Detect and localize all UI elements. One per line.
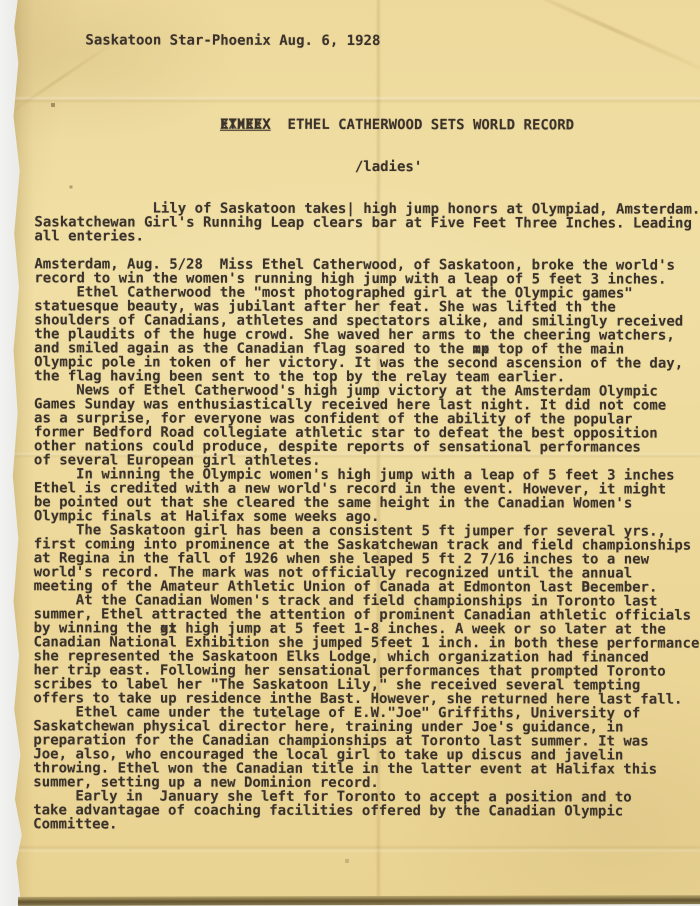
body-segment-1: Lily of Saskatoon takes| high jump honor… — [34, 200, 700, 357]
overstrike-2-overlay: B — [582, 580, 590, 594]
masthead-text: Saskatoon Star-Phoenix Aug. 6, 1928 — [35, 32, 381, 49]
masthead: Saskatoon Star-Phoenix Aug. 6, 1928 — [35, 33, 700, 48]
overstrike-3-overlay: xx — [160, 622, 177, 636]
headline-title: ETHEL CATHERWOOD SETS WORLD RECORD — [288, 117, 575, 134]
overstrike-december: DB — [582, 580, 590, 594]
paper-left-edge-shadow — [8, 0, 34, 898]
overstrike-high-jump: gtxx — [160, 622, 177, 636]
headline-indent — [35, 116, 220, 132]
article-body: Lily of Saskatoon takes| high jump honor… — [33, 201, 700, 832]
blank-line — [35, 75, 700, 90]
typed-text-block: Saskatoon Star-Phoenix Aug. 6, 1928 ETHE… — [33, 5, 700, 860]
insertion-note: /ladies' — [35, 158, 423, 175]
paper-bottom-edge — [18, 895, 700, 906]
typewritten-page: Saskatoon Star-Phoenix Aug. 6, 1928 ETHE… — [8, 0, 700, 898]
headline-line: ETHEEXXXXXXX ETHEL CATHERWOOD SETS WORLD… — [35, 117, 700, 132]
insertion-note-line: /ladies' — [35, 159, 700, 174]
struck-out-word: ETHEEXXXXXXX — [220, 118, 271, 132]
body-segment-4: high jump at 5 feet 1-8 inches. A week o… — [33, 621, 699, 833]
body-segment-2: top of the main Olympic pole in token of… — [34, 341, 692, 595]
headline-gap — [271, 117, 288, 133]
struck-word-overstrike: XXXXXX — [220, 118, 271, 132]
overstrike-1-overlay: xx — [472, 342, 489, 356]
ink-specks — [8, 0, 10, 2]
overstrike-flag-line: mpxx — [472, 342, 489, 356]
